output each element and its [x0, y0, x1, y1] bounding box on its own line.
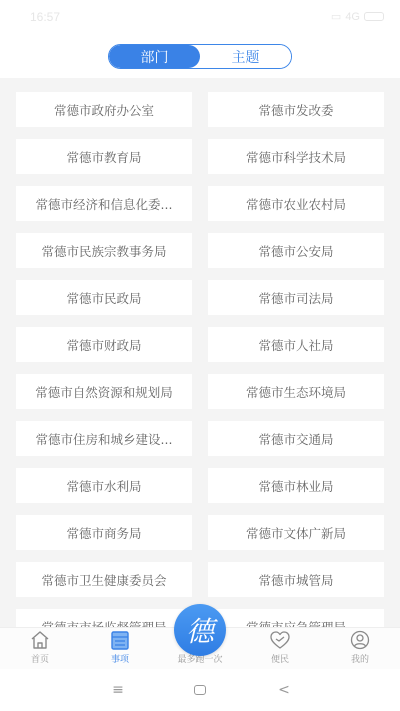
- status-bar: 16:57 ▭ 4G: [0, 0, 400, 36]
- department-item[interactable]: 常德市政府办公室: [16, 92, 192, 127]
- department-item[interactable]: 常德市民族宗教事务局: [16, 233, 192, 268]
- department-grid: 常德市政府办公室 常德市发改委 常德市教育局 常德市科学技术局 常德市经济和信息…: [16, 92, 384, 627]
- department-item[interactable]: 常德市文体广新局: [208, 515, 384, 550]
- segment-control: 部门 主题: [108, 44, 292, 69]
- department-item[interactable]: 常德市应急管理局: [208, 609, 384, 627]
- back-icon[interactable]: <: [272, 679, 296, 701]
- department-list[interactable]: 常德市政府办公室 常德市发改委 常德市教育局 常德市科学技术局 常德市经济和信息…: [0, 78, 400, 627]
- department-item[interactable]: 常德市人社局: [208, 327, 384, 362]
- department-item[interactable]: 常德市科学技术局: [208, 139, 384, 174]
- tab-mine[interactable]: 我的: [320, 628, 400, 669]
- menu-icon[interactable]: ≡: [106, 679, 130, 701]
- department-item[interactable]: 常德市司法局: [208, 280, 384, 315]
- user-icon: [349, 630, 371, 650]
- department-item[interactable]: 常德市交通局: [208, 421, 384, 456]
- department-item[interactable]: 常德市生态环境局: [208, 374, 384, 409]
- network-label: 4G: [345, 11, 360, 23]
- department-item[interactable]: 常德市城管局: [208, 562, 384, 597]
- list-icon: [109, 630, 131, 650]
- tab-home[interactable]: 首页: [0, 628, 80, 669]
- status-indicators: ▭ 4G: [331, 10, 384, 23]
- department-item[interactable]: 常德市农业农村局: [208, 186, 384, 221]
- heart-icon: [269, 630, 291, 650]
- tab-convenience-label: 便民: [271, 652, 289, 665]
- tab-department[interactable]: 部门: [109, 45, 200, 68]
- tab-topic[interactable]: 主题: [200, 45, 291, 68]
- department-item[interactable]: 常德市卫生健康委员会: [16, 562, 192, 597]
- department-item[interactable]: 常德市水利局: [16, 468, 192, 503]
- signal-icon: ▭: [331, 10, 341, 23]
- header: 部门 主题: [0, 36, 400, 78]
- home-button-icon[interactable]: [188, 679, 212, 701]
- tab-matters[interactable]: 事项: [80, 628, 160, 669]
- department-item[interactable]: 常德市公安局: [208, 233, 384, 268]
- battery-icon: [364, 12, 384, 21]
- tab-mine-label: 我的: [351, 652, 369, 665]
- department-item[interactable]: 常德市林业局: [208, 468, 384, 503]
- de-logo-icon: 德: [186, 610, 214, 650]
- department-item[interactable]: 常德市经济和信息化委...: [16, 186, 192, 221]
- department-item[interactable]: 常德市住房和城乡建设...: [16, 421, 192, 456]
- department-item[interactable]: 常德市财政局: [16, 327, 192, 362]
- run-once-center-button[interactable]: 德: [174, 604, 226, 656]
- status-time: 16:57: [30, 10, 60, 24]
- home-icon: [29, 630, 51, 650]
- system-navigation-bar: ≡ <: [0, 669, 400, 711]
- department-item[interactable]: 常德市发改委: [208, 92, 384, 127]
- department-item[interactable]: 常德市市场监督管理局: [16, 609, 192, 627]
- department-item[interactable]: 常德市民政局: [16, 280, 192, 315]
- department-item[interactable]: 常德市自然资源和规划局: [16, 374, 192, 409]
- tab-convenience[interactable]: 便民: [240, 628, 320, 669]
- department-item[interactable]: 常德市教育局: [16, 139, 192, 174]
- tab-matters-label: 事项: [111, 652, 129, 665]
- department-item[interactable]: 常德市商务局: [16, 515, 192, 550]
- tab-home-label: 首页: [31, 652, 49, 665]
